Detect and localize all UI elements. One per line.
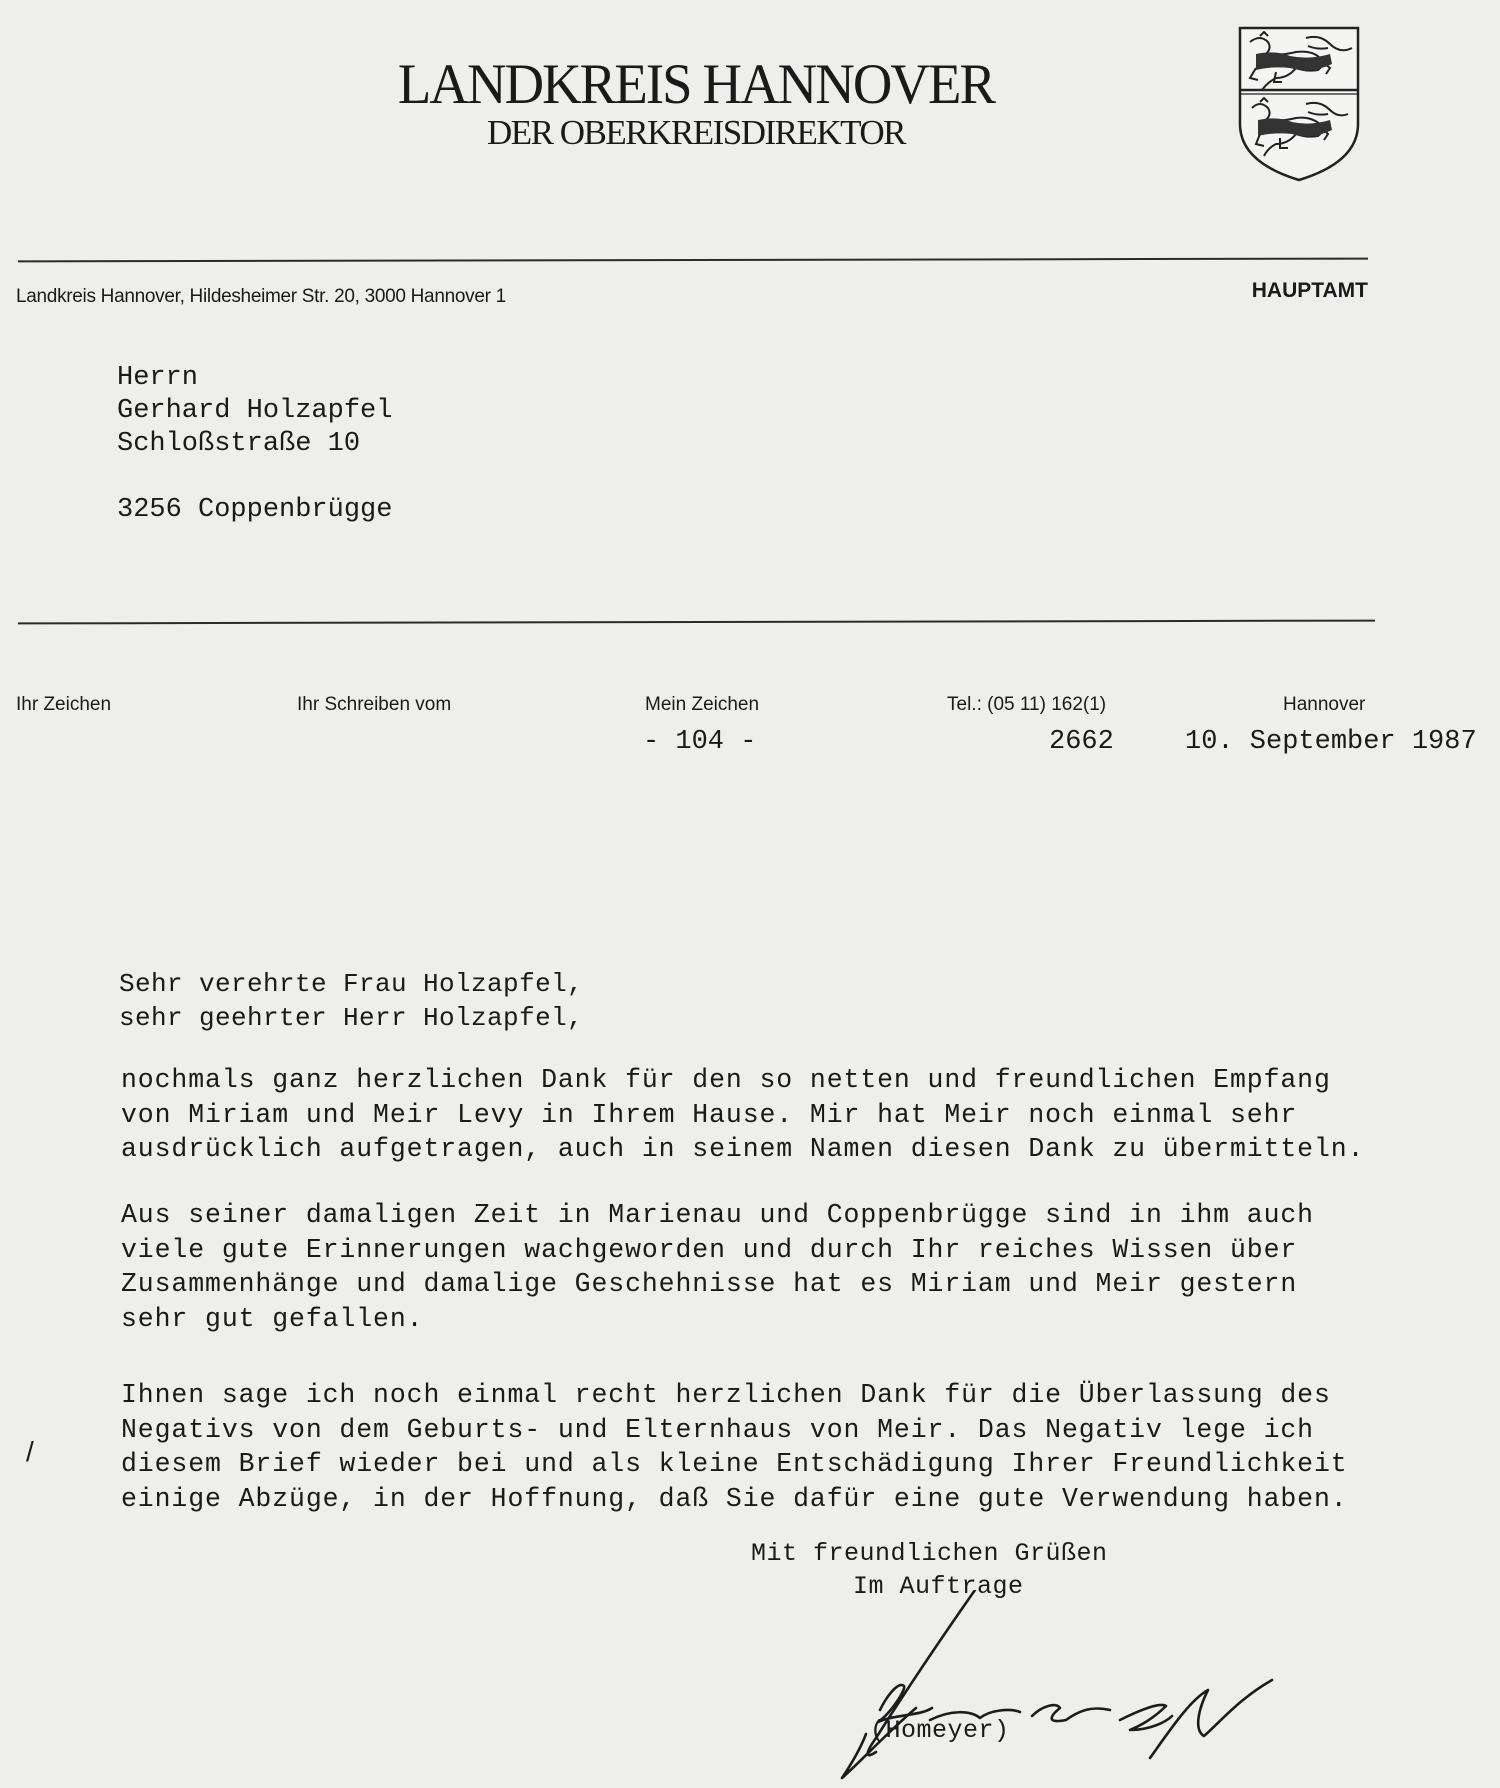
body-paragraph-2: Aus seiner damaligen Zeit in Marienau un… <box>121 1198 1314 1336</box>
margin-mark: / <box>26 1436 34 1468</box>
salutation-line-2: sehr geehrter Herr Holzapfel, <box>119 1001 583 1035</box>
sender-return-address: Landkreis Hannover, Hildesheimer Str. 20… <box>16 286 506 308</box>
ref-value-extension: 2662 <box>1049 727 1114 757</box>
address-divider <box>18 620 1375 625</box>
recipient-address: Herrn Gerhard Holzapfel Schloßstraße 10 … <box>117 362 392 527</box>
ref-label-telephone: Tel.: (05 11) 162(1) <box>947 694 1106 716</box>
salutation-line-1: Sehr verehrte Frau Holzapfel, <box>119 967 583 1001</box>
recipient-salutation: Herrn <box>117 362 392 395</box>
letterhead-subtitle: DER OBERKREISDIREKTOR <box>0 113 1392 153</box>
ref-label-ihr-zeichen: Ihr Zeichen <box>16 694 111 716</box>
closing-greeting: Mit freundlichen Grüßen <box>751 1537 1108 1570</box>
ref-value-date: 10. September 1987 <box>1185 727 1477 757</box>
body-paragraph-1: nochmals ganz herzlichen Dank für den so… <box>121 1063 1364 1167</box>
header-divider <box>18 258 1368 263</box>
recipient-city: 3256 Coppenbrügge <box>117 494 392 527</box>
ref-label-mein-zeichen: Mein Zeichen <box>645 694 759 716</box>
coat-of-arms-icon <box>1236 24 1362 184</box>
department-label: HAUPTAMT <box>1252 279 1368 303</box>
ref-value-mein-zeichen: - 104 - <box>643 727 756 757</box>
ref-label-place: Hannover <box>1283 694 1365 716</box>
recipient-street: Schloßstraße 10 <box>117 428 392 461</box>
body-paragraph-3: Ihnen sage ich noch einmal recht herzlic… <box>121 1378 1348 1516</box>
letterhead-title: LANDKREIS HANNOVER <box>28 52 1364 117</box>
letter-salutation: Sehr verehrte Frau Holzapfel, sehr geehr… <box>119 967 583 1035</box>
handwritten-signature-icon <box>820 1590 1280 1788</box>
recipient-name: Gerhard Holzapfel <box>117 395 392 428</box>
ref-label-ihr-schreiben: Ihr Schreiben vom <box>297 694 451 716</box>
